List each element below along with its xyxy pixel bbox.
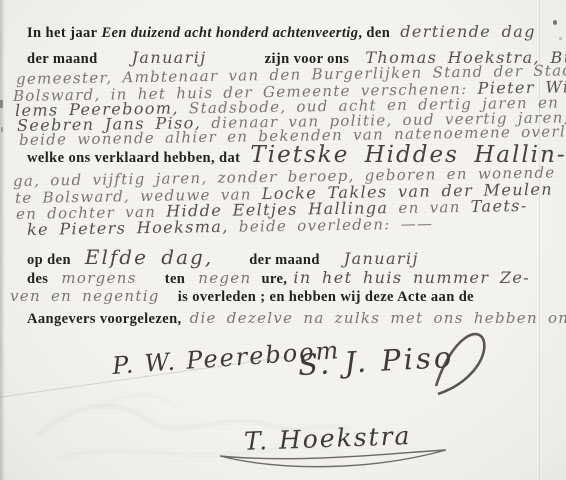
- text-segment-hand: morgens: [61, 269, 136, 287]
- act-line-year: In het jaar Een duizend acht honderd ach…: [27, 24, 536, 41]
- scan-edge-shadow: [0, 0, 5, 480]
- text-segment-printed-em: Een duizend acht honderd achtenveertig: [97, 25, 358, 41]
- text-segment-printed: , den: [358, 25, 390, 41]
- text-segment-hand: die dezelve na zulks met ons hebben onde…: [190, 309, 566, 327]
- text-segment-hand: ven en negentig: [10, 287, 160, 305]
- scanned-death-record-page: In het jaar Een duizend acht honderd ach…: [0, 0, 566, 480]
- text-segment-printed: is overleden ; en hebben wij deze Acte a…: [178, 289, 474, 305]
- text-segment-hand-dark: ke Pieters Hoeksma,: [27, 217, 229, 239]
- text-segment-hand: beide overleden: ——: [229, 215, 434, 236]
- text-segment-printed: op den: [27, 252, 71, 268]
- text-segment-printed: des: [27, 271, 48, 287]
- text-segment-printed: der maand: [249, 252, 320, 268]
- text-segment-hand-dark: Taets-: [471, 196, 528, 216]
- text-segment-hand-dark: dertiende dag: [400, 22, 536, 41]
- ink-speck: [559, 37, 562, 40]
- act-line-read-aloud: Aangevers voorgelezen,die dezelve na zul…: [27, 311, 566, 327]
- text-segment-hand: negen: [198, 269, 251, 287]
- ink-bleed-through: [28, 380, 358, 475]
- text-segment-hand-dark: in het huis nummer Ze-: [293, 268, 530, 287]
- ink-speck: [1, 127, 3, 132]
- act-line-death-time-place: desmorgenstennegenure,in het huis nummer…: [27, 270, 530, 287]
- act-line-mother: ke Pieters Hoeksma, beide overleden: ——: [27, 216, 434, 239]
- ink-speck: [0, 100, 3, 108]
- act-line-house-number: ven en negentigis overleden ; en hebben …: [10, 289, 474, 305]
- text-segment-hand-dark: Januarij: [344, 249, 419, 268]
- signature-piso: S. J. Piso: [297, 340, 455, 382]
- paper-fold-line: [539, 0, 540, 480]
- act-line-deceased-name: welke ons verklaard hebben, datTietske H…: [27, 144, 566, 167]
- text-segment-printed: Aangevers voorgelezen,: [27, 311, 182, 327]
- text-segment-printed: der maand: [27, 51, 98, 67]
- text-segment-printed: welke ons verklaard hebben, dat: [27, 150, 240, 166]
- ink-speck: [553, 20, 557, 25]
- text-segment-hand-med: Elfde dag,: [85, 245, 213, 269]
- text-segment-printed: In het jaar: [27, 25, 97, 41]
- text-segment-printed: ure,: [261, 271, 287, 287]
- act-line-death-date: op denElfde dag,der maandJanuarij: [27, 247, 419, 268]
- text-segment-hand-dark: Januarij: [132, 48, 207, 67]
- text-segment-printed: ten: [165, 271, 186, 287]
